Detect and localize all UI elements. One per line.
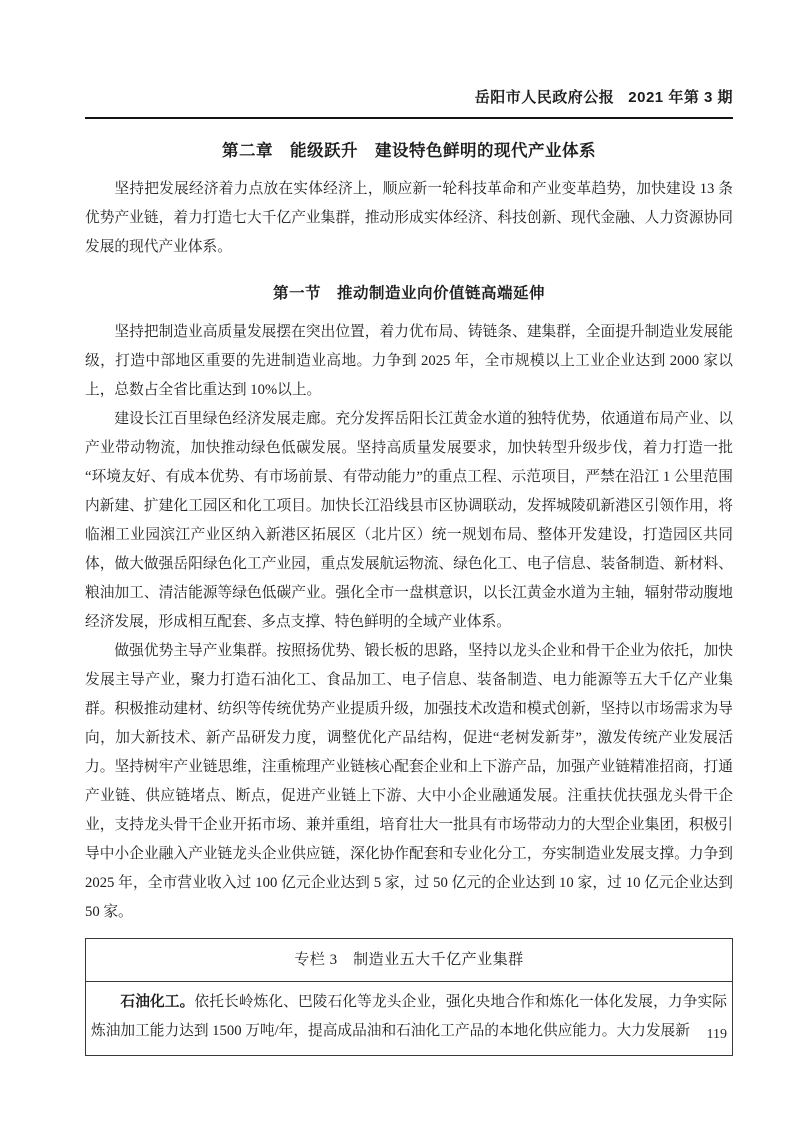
page-header: 岳阳市人民政府公报2021 年第 3 期 <box>85 88 733 119</box>
page-number: 119 <box>707 1026 727 1044</box>
gazette-issue: 2021 年第 3 期 <box>628 89 733 106</box>
section-paragraph-2: 建设长江百里绿色经济发展走廊。充分发挥岳阳长江黄金水道的独特优势，依通道布局产业… <box>85 405 733 637</box>
column-box: 专栏 3 制造业五大千亿产业集群 石油化工。依托长岭炼化、巴陵石化等龙头企业，强… <box>85 938 733 1056</box>
gazette-title: 岳阳市人民政府公报 <box>475 89 615 106</box>
column-box-body: 石油化工。依托长岭炼化、巴陵石化等龙头企业，强化央地合作和炼化一体化发展，力争实… <box>86 982 732 1055</box>
section-title: 第一节 推动制造业向价值链高端延伸 <box>85 282 733 306</box>
column-box-entry: 石油化工。依托长岭炼化、巴陵石化等龙头企业，强化央地合作和炼化一体化发展，力争实… <box>91 988 727 1046</box>
chapter-title: 第二章 能级跃升 建设特色鲜明的现代产业体系 <box>85 139 733 163</box>
document-page: 岳阳市人民政府公报2021 年第 3 期 第二章 能级跃升 建设特色鲜明的现代产… <box>0 0 793 1122</box>
intro-paragraph: 坚持把发展经济着力点放在实体经济上，顺应新一轮科技革命和产业变革趋势，加快建设 … <box>85 175 733 262</box>
section-paragraph-1: 坚持把制造业高质量发展摆在突出位置，着力优布局、铸链条、建集群，全面提升制造业发… <box>85 318 733 405</box>
entry-label: 石油化工。 <box>120 994 194 1010</box>
page-content: 岳阳市人民政府公报2021 年第 3 期 第二章 能级跃升 建设特色鲜明的现代产… <box>85 88 733 1056</box>
section-paragraph-3: 做强优势主导产业集群。按照扬优势、锻长板的思路，坚持以龙头企业和骨干企业为依托，… <box>85 637 733 927</box>
column-box-title: 专栏 3 制造业五大千亿产业集群 <box>86 939 732 982</box>
